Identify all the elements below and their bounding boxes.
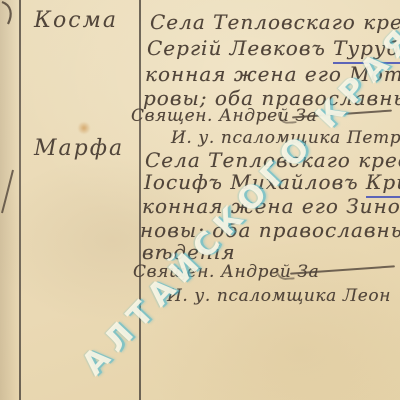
pen-mark-top-left <box>0 0 18 26</box>
column-rule-left <box>19 0 21 400</box>
record1-line2: Сергій Левковъ Турубе <box>147 36 400 64</box>
record2-line3: конная жена его Зино <box>142 194 400 218</box>
newborn-name-1: Косма <box>34 8 134 33</box>
record2-line4: новы; оба православные въ <box>140 218 400 242</box>
record2-line1: Села Тепловскаго крестья <box>145 148 400 172</box>
register-page: Косма Марфа Села Тепловскаго крестья Сер… <box>0 0 400 400</box>
record1-line3: конная жена его Мотро <box>145 62 400 86</box>
column-rule-main <box>139 0 141 400</box>
record1-psalmist-line: И. у. псаломщика Петр <box>171 128 400 148</box>
pen-mark-left-edge <box>0 168 16 216</box>
record1-line1: Села Тепловскаго крестья <box>150 10 400 34</box>
record2-line5: вѣденія <box>142 240 236 264</box>
record2-father-name: Іосифъ Михайловъ <box>144 170 366 194</box>
record2-psalmist-line: И. у. псаломщика Леон <box>167 286 391 306</box>
record1-surname-underlined: Турубе <box>333 36 400 64</box>
record1-father-name: Сергій Левковъ <box>147 36 333 60</box>
ink-stain <box>77 122 91 134</box>
newborn-name-2: Марфа <box>34 136 134 161</box>
